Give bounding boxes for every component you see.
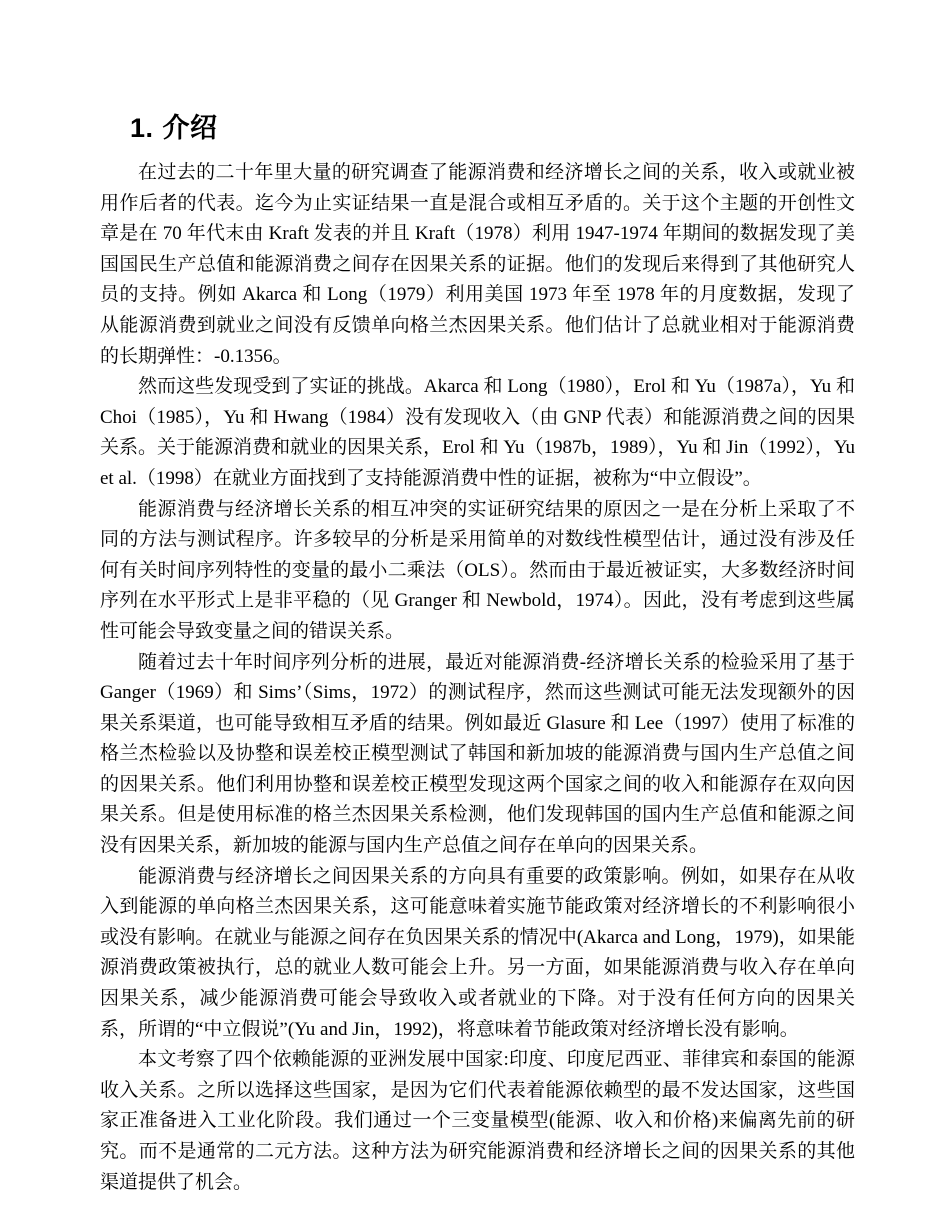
paragraph: 在过去的二十年里大量的研究调查了能源消费和经济增长之间的关系，收入或就业被用作后… xyxy=(100,158,855,372)
section-title: 介绍 xyxy=(163,113,218,143)
document-page: 1.介绍 在过去的二十年里大量的研究调查了能源消费和经济增长之间的关系，收入或就… xyxy=(0,0,952,1232)
paragraph: 能源消费与经济增长关系的相互冲突的实证研究结果的原因之一是在分析上采取了不同的方… xyxy=(100,495,855,648)
section-body: 在过去的二十年里大量的研究调查了能源消费和经济增长之间的关系，收入或就业被用作后… xyxy=(100,158,855,1198)
section-heading: 1.介绍 xyxy=(100,111,855,145)
paragraph: 能源消费与经济增长之间因果关系的方向具有重要的政策影响。例如，如果存在从收入到能… xyxy=(100,862,855,1046)
paragraph: 本文考察了四个依赖能源的亚洲发展中国家:印度、印度尼西亚、菲律宾和泰国的能源收入… xyxy=(100,1045,855,1198)
section-number: 1. xyxy=(130,113,154,143)
paragraph: 随着过去十年时间序列分析的进展，最近对能源消费-经济增长关系的检验采用了基于 G… xyxy=(100,648,855,862)
paragraph: 然而这些发现受到了实证的挑战。Akarca 和 Long（1980），Erol … xyxy=(100,372,855,494)
